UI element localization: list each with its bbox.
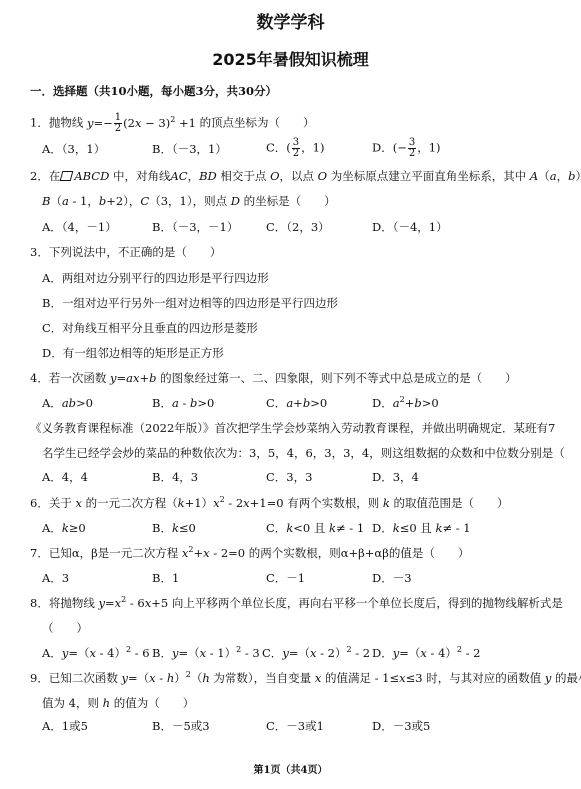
question-number: 1． [30, 116, 49, 130]
document-title: 2025年暑假知识梳理 [0, 52, 581, 68]
q8-option-a: A．y=（x - 4）2 - 6 [42, 648, 150, 660]
q9-option-d: D．－3或5 [372, 721, 430, 733]
q9-option-c: C．－3或1 [266, 721, 324, 733]
q1-option-a: A．（3，1） [42, 144, 105, 156]
question-6-stem: 6．关于 x 的一元二次方程（k+1）x2 - 2x+1=0 有两个实数根，则 … [30, 498, 509, 510]
question-8-stem-line2: （ ） [42, 623, 88, 635]
document-page: 数学学科 2025年暑假知识梳理 一．选择题（共10小题，每小题3分，共30分）… [0, 0, 581, 789]
subject-title: 数学学科 [0, 15, 581, 32]
question-4-stem: 4．若一次函数 y=ax+b 的图象经过第一、二、四象限，则下列不等式中总是成立… [30, 373, 517, 385]
question-7-stem: 7．已知α，β是一元二次方程 x2+x - 2=0 的两个实数根，则α+β+αβ… [30, 548, 469, 560]
q5-option-b: B．4，3 [152, 472, 198, 484]
q7-option-a: A．3 [42, 573, 69, 585]
q7-option-b: B．1 [152, 573, 179, 585]
q4-option-a: A．ab>0 [42, 398, 93, 410]
q2-option-a: A．（4，－1） [42, 222, 117, 234]
question-2-stem-line2: B（a - 1，b+2），C（3，1），则点 D 的坐标是（ ） [42, 196, 336, 208]
q1-option-b: B．（－3，1） [152, 144, 227, 156]
q4-option-c: C．a+b>0 [266, 398, 327, 410]
question-9-stem-line2: 值为 4，则 h 的值为（ ） [42, 698, 194, 710]
page-footer: 第1页（共4页） [0, 766, 581, 776]
question-3-stem: 3．下列说法中，不正确的是（ ） [30, 247, 221, 259]
stem-suffix: 的顶点坐标为（ ） [200, 116, 315, 130]
question-9-stem-line1: 9．已知二次函数 y=（x - h）2（h 为常数），当自变量 x 的值满足 -… [30, 673, 581, 685]
q9-option-a: A．1或5 [42, 721, 88, 733]
q6-option-a: A．k≥0 [42, 523, 86, 535]
q4-option-d: D．a2+b>0 [372, 398, 439, 410]
stem-text: 下列说法中，不正确的是（ ） [49, 245, 222, 259]
q2-option-b: B．（－3，－1） [152, 222, 238, 234]
q8-option-d: D．y=（x - 4）2 - 2 [372, 648, 481, 660]
q1-option-d: D．(−32，1) [372, 138, 441, 159]
question-8-stem-line1: 8．将抛物线 y=x2 - 6x+5 向上平移两个单位长度，再向右平移一个单位长… [30, 598, 563, 610]
parallelogram-symbol [60, 171, 74, 181]
q6-option-c: C．k<0 且 k≠ - 1 [266, 523, 364, 535]
q6-option-d: D．k≤0 且 k≠ - 1 [372, 523, 471, 535]
q4-option-b: B．a - b>0 [152, 398, 214, 410]
q7-option-d: D．－3 [372, 573, 412, 585]
q5-option-d: D．3，4 [372, 472, 419, 484]
question-5-stem-line1: 《义务教育课程标准（2022年版）》首次把学生学会炒菜纳入劳动教育课程，并做出明… [30, 423, 555, 435]
q5-option-a: A．4，4 [42, 472, 88, 484]
stem-prefix: 抛物线 [49, 116, 84, 130]
question-2-stem-line1: 2．在ABCD 中，对角线AC，BD 相交于点 O，以点 O 为坐标原点建立平面… [30, 171, 581, 183]
q3-option-c: C．对角线互相平分且垂直的四边形是菱形 [42, 323, 258, 335]
q9-option-b: B．－5或3 [152, 721, 210, 733]
q5-option-c: C．3，3 [266, 472, 312, 484]
question-1-stem: 1．抛物线 y=−12(2x − 3)2 +1 的顶点坐标为（ ） [30, 113, 315, 134]
q2-option-c: C．（2，3） [266, 222, 330, 234]
q3-option-d: D．有一组邻边相等的矩形是正方形 [42, 348, 224, 360]
q6-option-b: B．k≤0 [152, 523, 196, 535]
section-heading: 一．选择题（共10小题，每小题3分，共30分） [30, 86, 277, 98]
q3-option-a: A．两组对边分别平行的四边形是平行四边形 [42, 273, 269, 285]
q7-option-c: C．－1 [266, 573, 305, 585]
q8-option-c: C．y=（x - 2）2 - 2 [262, 648, 370, 660]
formula: y=−12(2x − 3)2 +1 [87, 116, 196, 130]
q3-option-b: B．一组对边平行另外一组对边相等的四边形是平行四边形 [42, 298, 338, 310]
question-number: 3． [30, 245, 49, 259]
q2-option-d: D．（－4，1） [372, 222, 448, 234]
q8-option-b: B．y=（x - 1）2 - 3 [152, 648, 260, 660]
q1-option-c: C．(32，1) [266, 138, 324, 159]
question-5-stem-line2: 名学生已经学会炒的菜品的种数依次为：3，5，4，6，3，3，4，则这组数据的众数… [42, 448, 581, 460]
